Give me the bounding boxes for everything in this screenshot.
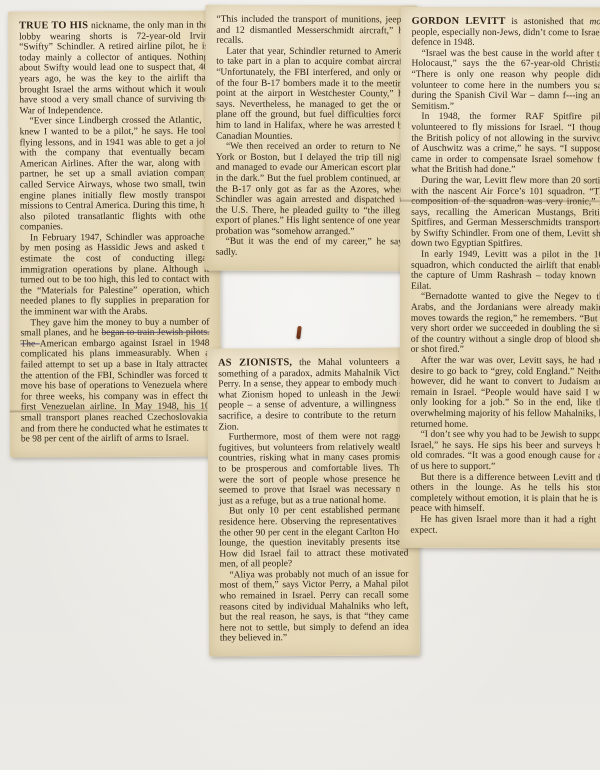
paragraph-text: nickname, the only man in the lobby wear…: [19, 21, 208, 117]
paragraph: “Israel was the best cause in the world …: [411, 49, 600, 113]
paragraph-text: American embargo against Israel in 1948 …: [21, 338, 210, 444]
paragraph: During the war, Levitt flew more than 20…: [411, 176, 600, 251]
paragraph: He has given Israel more than it had a r…: [410, 515, 600, 537]
clipping-schindler-profile: TRUE TO HIS nickname, the only man in th…: [8, 11, 221, 458]
paragraph: But there is a difference between Levitt…: [410, 472, 600, 515]
paragraph: AS ZIONISTS, the Mahal volunteers are so…: [218, 357, 407, 432]
paragraph-text: the Mahal volunteers are something of a …: [218, 357, 407, 432]
paragraph: “We then received an order to return to …: [216, 142, 407, 238]
emphasized-word: more: [589, 17, 600, 27]
paragraph-text: He has given Israel more than it had a r…: [410, 515, 600, 536]
paragraph: They gave him the money to buy a number …: [20, 317, 210, 445]
paragraph-text: is astonished that: [511, 17, 589, 27]
paragraph: “Ever since Lindbergh crossed the Atlant…: [19, 116, 209, 233]
paragraph: Later that year, Schindler returned to A…: [216, 46, 407, 142]
end-of-article-icon: □: [592, 526, 600, 537]
paragraph: “But it was the end of my career,” he sa…: [216, 237, 407, 259]
paragraph: In 1948, the former RAF Spitfire pilot v…: [411, 112, 600, 176]
article-lead-in: GORDON LEVITT: [412, 16, 506, 27]
paragraph: But only 10 per cent established permane…: [219, 506, 408, 571]
paragraph: TRUE TO HIS nickname, the only man in th…: [19, 21, 208, 117]
article-lead-in: AS ZIONISTS,: [218, 357, 292, 368]
paragraph-text: people, especially non-Jews, didn’t come…: [412, 27, 600, 48]
paragraph: After the war was over, Levitt says, he …: [411, 356, 600, 431]
clipping-gordon-levitt: GORDON LEVITT is astonished that more pe…: [399, 7, 600, 549]
paragraph: “Bernadotte wanted to give the Negev to …: [411, 292, 600, 356]
paragraph: “This included the transport of munition…: [216, 15, 407, 47]
paragraph: Furthermore, most of them were not ragge…: [219, 432, 408, 507]
clipping-zionists-mahal: AS ZIONISTS, the Mahal volunteers are so…: [207, 347, 420, 656]
paragraph: GORDON LEVITT is astonished that more pe…: [412, 17, 600, 49]
scanned-newspaper-clippings: { "scan": { "background_color": "#ecebe7…: [0, 0, 600, 770]
paragraph: In early 1949, Levitt was a pilot in the…: [411, 250, 600, 293]
paragraph: “Aliya was probably not much of an issue…: [219, 569, 408, 644]
paragraph: In February 1947, Schindler was approach…: [20, 232, 209, 318]
clipping-schindler-b17: “This included the transport of munition…: [205, 5, 419, 271]
paragraph: “I don’t see why you had to be Jewish to…: [410, 430, 600, 473]
article-lead-in: TRUE TO HIS: [19, 20, 88, 31]
